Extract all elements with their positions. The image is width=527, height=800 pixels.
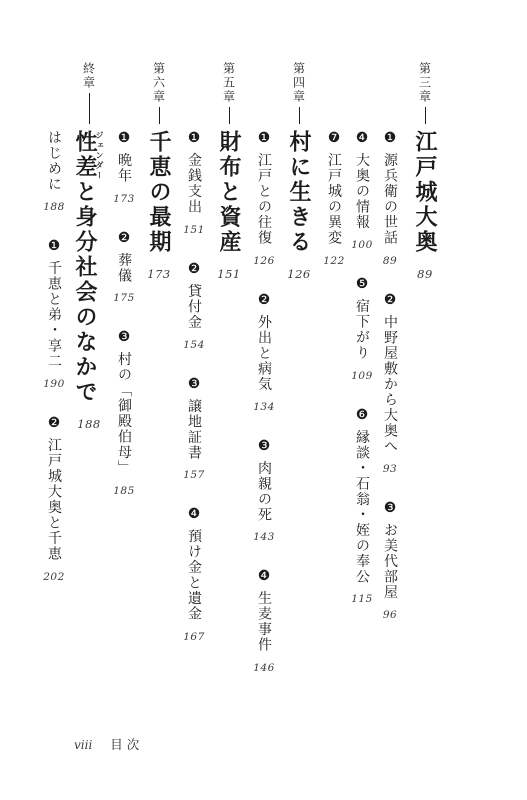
item-page-number: 115 <box>351 593 373 605</box>
toc-item: ❷貸付金154 <box>183 261 205 351</box>
item-page-number: 151 <box>183 224 205 236</box>
toc-item-column: ❹大奥の情報100❺宿下がり109❻縁談・石翁・姪の奉公115 <box>351 62 373 630</box>
item-number-badge: ❸ <box>256 438 272 456</box>
toc-item: はじめに188 <box>43 130 65 213</box>
chapter-number-label: 第五章 <box>221 62 238 104</box>
toc-item: ❻縁談・石翁・姪の奉公115 <box>351 407 373 606</box>
item-page-number: 175 <box>113 292 135 304</box>
chapter-label-block: 終章 <box>81 62 98 130</box>
item-number-badge: ❷ <box>46 415 62 433</box>
item-title: 宿下がり <box>354 299 370 361</box>
item-page-number: 96 <box>383 609 397 621</box>
item-number-badge: ❺ <box>354 276 370 294</box>
footer-section-label: 目次 <box>110 735 143 753</box>
chapter-divider-rule <box>229 107 230 124</box>
item-number-badge: ❸ <box>382 500 398 518</box>
toc-item-text: ❶千恵と弟・享二 <box>47 238 61 369</box>
item-number-badge: ❻ <box>354 407 370 425</box>
toc-item: ❺宿下がり109 <box>351 276 373 382</box>
toc-item: ❸譲地証書157 <box>183 376 205 482</box>
chapter-heading: 第六章千恵の最期173 <box>143 62 175 281</box>
toc-item: ❹大奥の情報100 <box>351 130 373 251</box>
item-title: 肉親の死 <box>256 460 272 522</box>
item-page-number: 154 <box>183 339 205 351</box>
item-number-badge: ❼ <box>326 130 342 148</box>
item-number-badge: ❹ <box>256 568 272 586</box>
item-title: 葬儀 <box>116 252 132 283</box>
toc-item-text: ❺宿下がり <box>355 276 369 361</box>
chapter-heading: 第四章村に生きる126 <box>283 62 315 281</box>
item-page-number: 109 <box>351 370 373 382</box>
item-number-badge: ❸ <box>186 376 202 394</box>
chapter-page-number: 89 <box>417 267 433 281</box>
toc-item-text: ❶晩年 <box>117 130 131 184</box>
item-title: 預け金と遺金 <box>186 529 202 622</box>
item-title: 江戸との往復 <box>256 153 272 246</box>
item-title: 村の「御殿伯母」 <box>116 352 132 476</box>
item-page-number: 185 <box>113 485 135 497</box>
chapter-heading: 第五章財布と資産151 <box>213 62 245 281</box>
chapter-title: 千恵の最期 <box>148 130 170 255</box>
item-page-number: 143 <box>253 531 275 543</box>
footer-page-number: viii <box>74 738 92 752</box>
item-page-number: 167 <box>183 631 205 643</box>
toc-item: ❷中野屋敷から大奥へ93 <box>383 292 397 475</box>
toc-item-text: ❹預け金と遺金 <box>187 506 201 622</box>
toc-item-text: ❷葬儀 <box>117 230 131 284</box>
chapter-divider-rule <box>159 107 160 124</box>
toc-item-text: はじめに <box>47 130 61 192</box>
chapter-label-block: 第四章 <box>291 62 308 130</box>
toc-item-text: ❷江戸城大奥と千恵 <box>47 415 61 562</box>
toc-item: ❹生麦事件146 <box>253 568 275 674</box>
toc-item-text: ❻縁談・石翁・姪の奉公 <box>355 407 369 585</box>
item-page-number: 89 <box>383 255 397 267</box>
item-title: 貸付金 <box>186 283 202 330</box>
toc-item-text: ❶江戸との往復 <box>257 130 271 246</box>
chapter-number-label: 第三章 <box>417 62 434 104</box>
chapter-page-number: 126 <box>287 267 310 281</box>
item-number-badge: ❷ <box>256 292 272 310</box>
chapter-label-block: 第三章 <box>417 62 434 130</box>
chapter-divider-rule <box>89 93 90 124</box>
item-number-badge: ❷ <box>116 230 132 248</box>
toc-item-text: ❸お美代部屋 <box>383 500 397 600</box>
toc-item-text: ❹大奥の情報 <box>355 130 369 230</box>
chapter-page-number: 151 <box>217 267 240 281</box>
item-page-number: 134 <box>253 401 275 413</box>
toc-item: ❷江戸城大奥と千恵202 <box>43 415 65 583</box>
toc-item: ❷外出と病気134 <box>253 292 275 413</box>
toc-item-text: ❹生麦事件 <box>257 568 271 653</box>
chapter-title: 性差ジェンダーと身分社会のなかで <box>74 130 104 405</box>
item-number-badge: ❷ <box>382 292 398 310</box>
item-number-badge: ❷ <box>186 261 202 279</box>
item-page-number: 100 <box>351 239 373 251</box>
toc-item: ❶江戸との往復126 <box>253 130 275 267</box>
toc-item-text: ❶金銭支出 <box>187 130 201 215</box>
chapter-title: 江戸城大奥 <box>414 130 436 255</box>
toc-item-text: ❸村の「御殿伯母」 <box>117 329 131 476</box>
toc-item-text: ❷中野屋敷から大奥へ <box>383 292 397 454</box>
chapter-number-label: 第四章 <box>291 62 308 104</box>
toc-item: ❸村の「御殿伯母」185 <box>113 329 135 497</box>
toc-item: ❶晩年173 <box>113 130 135 205</box>
item-number-badge: ❶ <box>382 130 398 148</box>
item-number-badge: ❶ <box>186 130 202 148</box>
chapter-page-number: 173 <box>147 267 170 281</box>
chapter-number-label: 終章 <box>81 62 98 90</box>
toc-item: ❸肉親の死143 <box>253 438 275 544</box>
chapter-page-number: 188 <box>77 417 100 431</box>
item-page-number: 146 <box>253 662 275 674</box>
item-page-number: 190 <box>43 378 65 390</box>
item-number-badge: ❸ <box>116 329 132 347</box>
chapter-title: 財布と資産 <box>218 130 240 255</box>
chapter-heading: 終章性差ジェンダーと身分社会のなかで188 <box>73 62 105 431</box>
toc-item-column: ❶金銭支出151❷貸付金154❸譲地証書157❹預け金と遺金167 <box>183 62 205 668</box>
toc-item: ❹預け金と遺金167 <box>183 506 205 643</box>
book-contents-page: 第三章江戸城大奥89❶源兵衛の世話89❷中野屋敷から大奥へ93❸お美代部屋96❹… <box>0 0 527 800</box>
chapter-number-label: 第六章 <box>151 62 168 104</box>
toc-item-text: ❼江戸城の異変 <box>327 130 341 246</box>
toc-item-column: ❶江戸との往復126❷外出と病気134❸肉親の死143❹生麦事件146 <box>253 62 275 699</box>
toc-item-text: ❷外出と病気 <box>257 292 271 392</box>
item-number-badge: ❹ <box>186 506 202 524</box>
item-page-number: 173 <box>113 193 135 205</box>
toc-item-column: はじめに188❶千恵と弟・享二190❷江戸城大奥と千恵202 <box>43 62 65 608</box>
item-title: 中野屋敷から大奥へ <box>382 314 398 454</box>
toc-item-column: ❶源兵衛の世話89❷中野屋敷から大奥へ93❸お美代部屋96 <box>379 62 401 646</box>
item-title: お美代部屋 <box>382 522 398 600</box>
item-title: はじめに <box>46 130 62 192</box>
item-title: 譲地証書 <box>186 398 202 460</box>
toc-item-text: ❷貸付金 <box>187 261 201 330</box>
toc-item-column: ❶晩年173❷葬儀175❸村の「御殿伯母」185 <box>113 62 135 522</box>
toc-item: ❶千恵と弟・享二190 <box>43 238 65 390</box>
chapter-label-block: 第五章 <box>221 62 238 130</box>
item-number-badge: ❶ <box>256 130 272 148</box>
toc-item: ❶源兵衛の世話89 <box>383 130 397 267</box>
item-page-number: 188 <box>43 201 65 213</box>
item-title: 千恵と弟・享二 <box>46 261 62 370</box>
chapter-divider-rule <box>299 107 300 124</box>
table-of-contents: 第三章江戸城大奥89❶源兵衛の世話89❷中野屋敷から大奥へ93❸お美代部屋96❹… <box>43 62 443 699</box>
chapter-label-block: 第六章 <box>151 62 168 130</box>
item-page-number: 157 <box>183 469 205 481</box>
toc-item-text: ❸肉親の死 <box>257 438 271 523</box>
chapter-title: 村に生きる <box>288 130 310 255</box>
chapter-title-ruby: 性差ジェンダー <box>72 130 98 180</box>
toc-item-column: ❼江戸城の異変122 <box>323 62 345 292</box>
item-title: 江戸城大奥と千恵 <box>46 438 62 562</box>
toc-item-text: ❸譲地証書 <box>187 376 201 461</box>
toc-item-text: ❶源兵衛の世話 <box>383 130 397 246</box>
item-page-number: 122 <box>323 255 345 267</box>
page-footer: viii 目次 <box>74 735 143 753</box>
item-page-number: 126 <box>253 255 275 267</box>
chapter-divider-rule <box>425 107 426 124</box>
item-title: 縁談・石翁・姪の奉公 <box>354 429 370 584</box>
item-title: 晩年 <box>116 153 132 184</box>
item-title: 金銭支出 <box>186 153 202 215</box>
item-page-number: 93 <box>383 463 397 475</box>
item-title: 江戸城の異変 <box>326 153 342 246</box>
toc-item: ❸お美代部屋96 <box>383 500 397 621</box>
toc-item: ❼江戸城の異変122 <box>323 130 345 267</box>
toc-item: ❷葬儀175 <box>113 230 135 305</box>
item-number-badge: ❹ <box>354 130 370 148</box>
chapter-heading: 第三章江戸城大奥89 <box>409 62 441 281</box>
item-number-badge: ❶ <box>46 238 62 256</box>
item-title: 生麦事件 <box>256 591 272 653</box>
item-page-number: 202 <box>43 571 65 583</box>
item-number-badge: ❶ <box>116 130 132 148</box>
item-title: 外出と病気 <box>256 314 272 392</box>
toc-item: ❶金銭支出151 <box>183 130 205 236</box>
item-title: 大奥の情報 <box>354 153 370 231</box>
item-title: 源兵衛の世話 <box>382 153 398 246</box>
